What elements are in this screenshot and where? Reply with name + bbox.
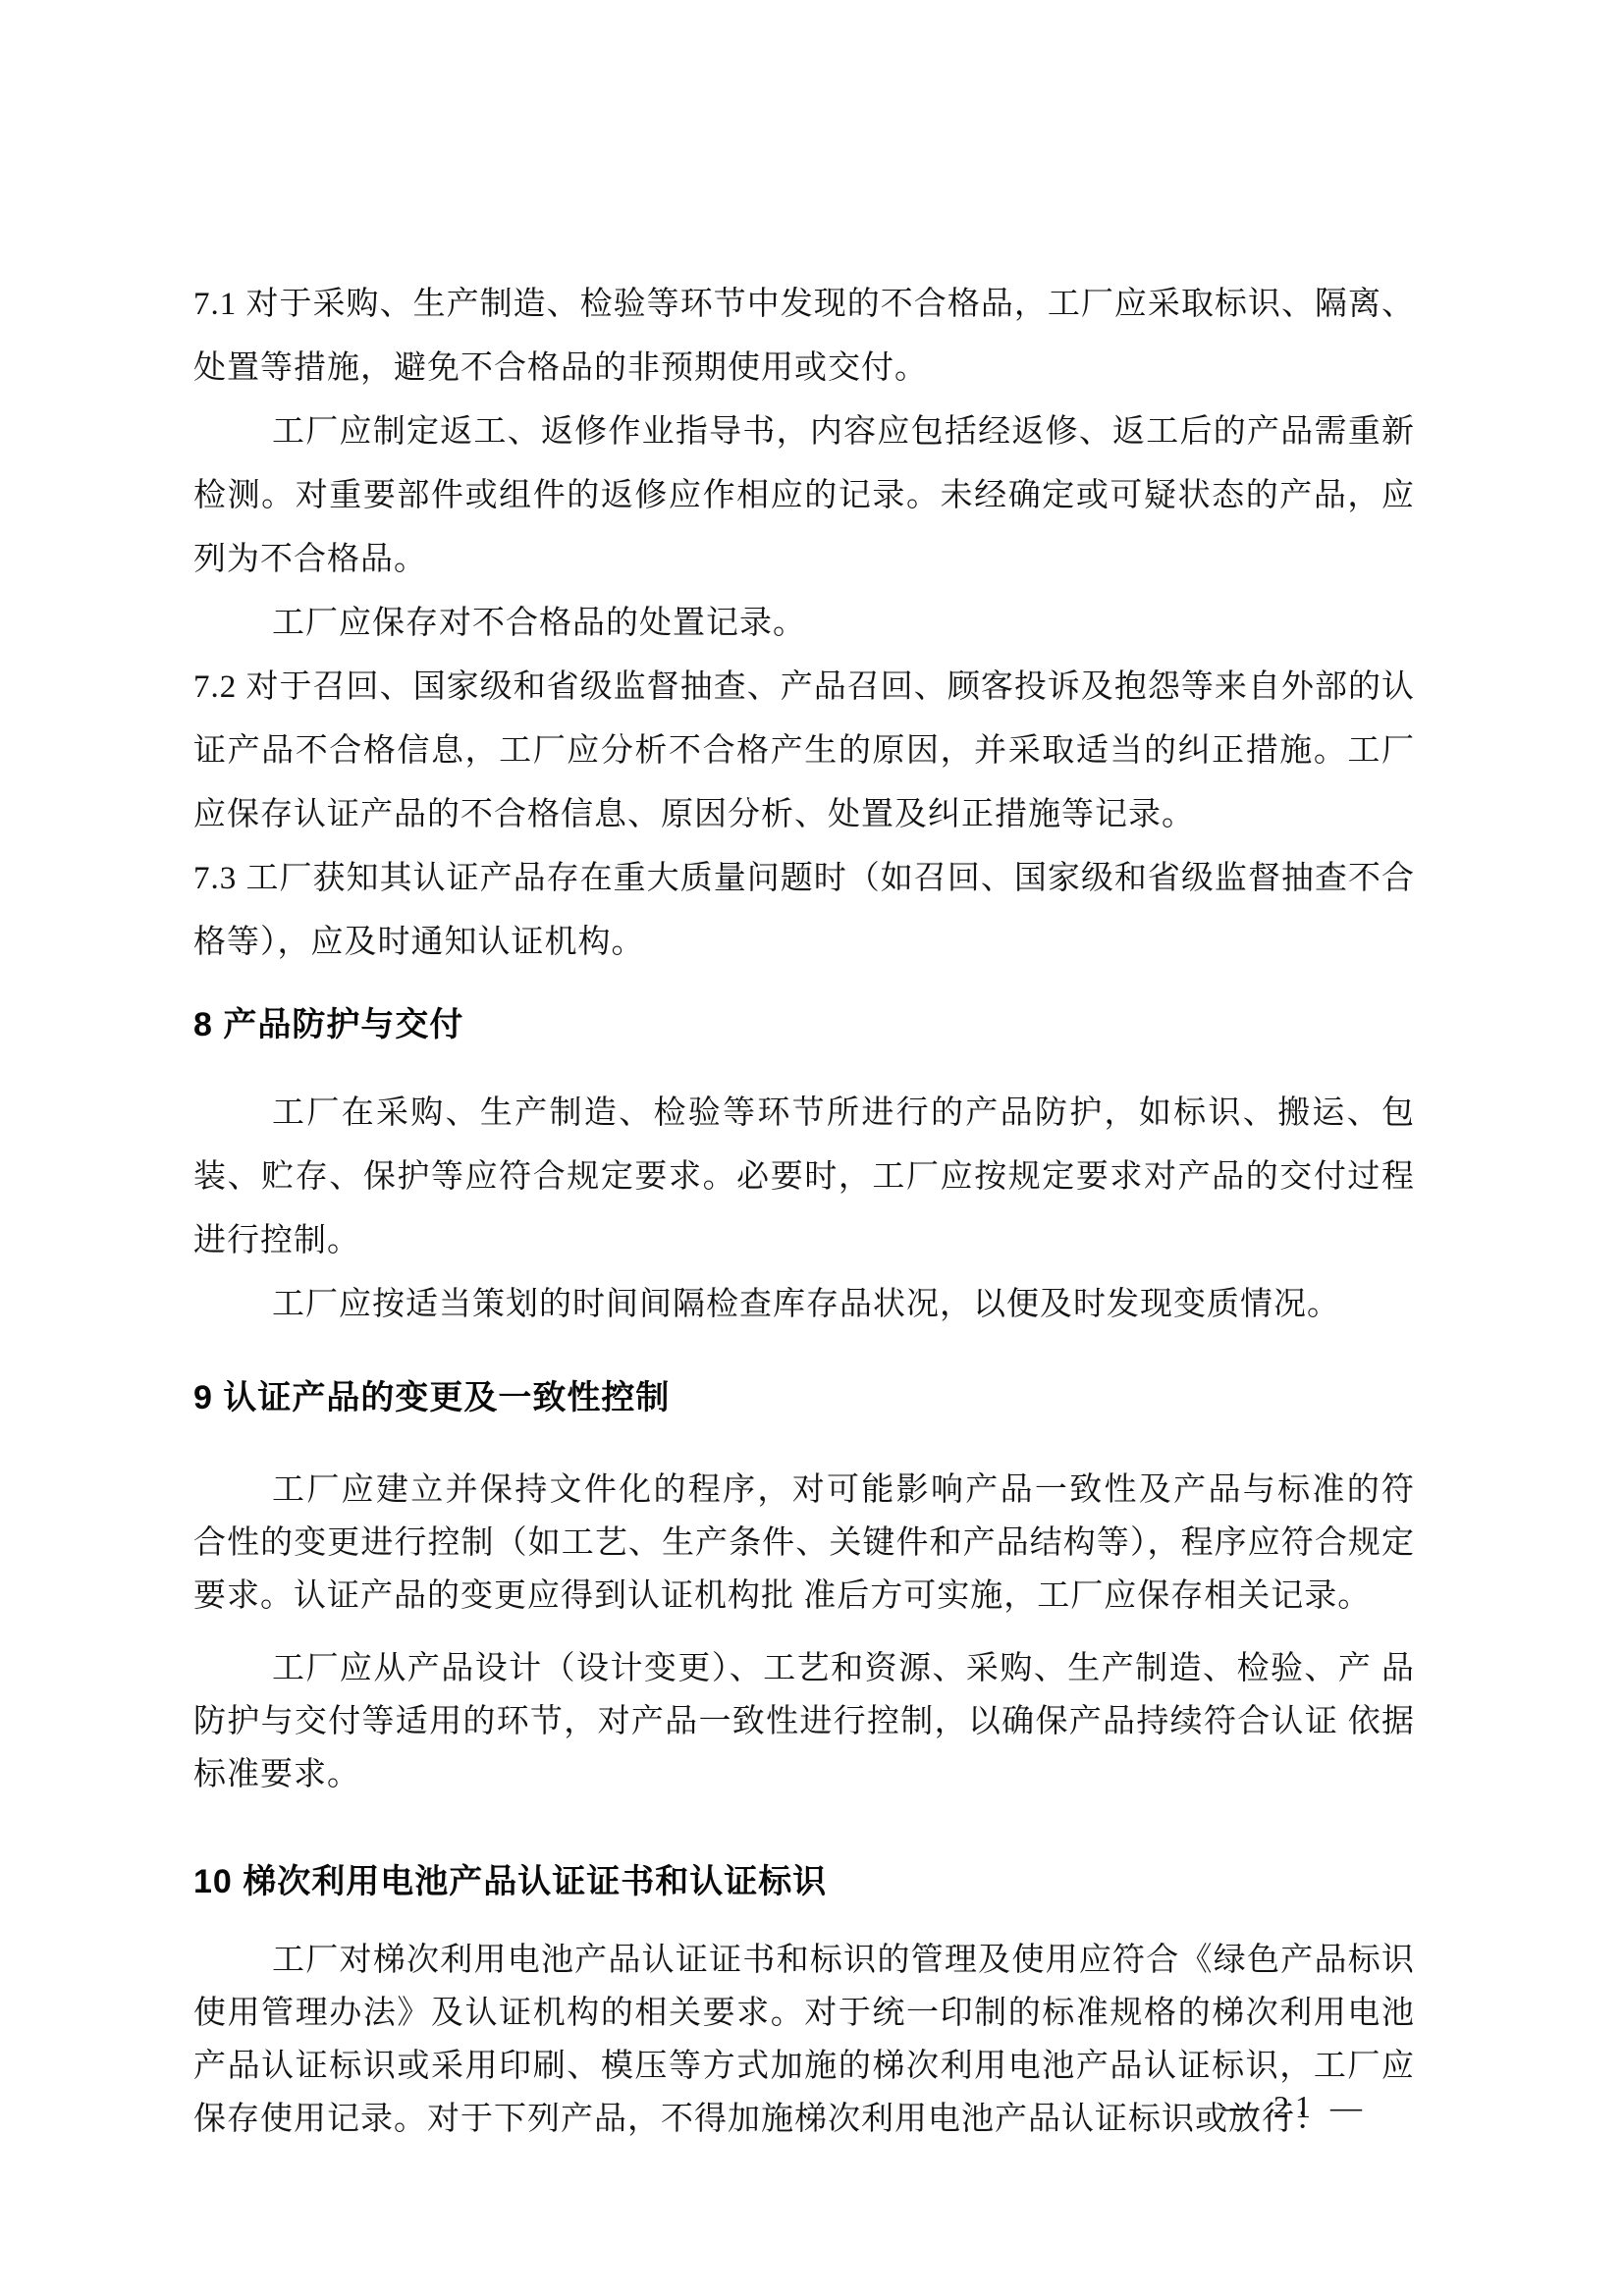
paragraph-rework: 工厂应制定返工、返修作业指导书，内容应包括经返修、返工后的产品需重新检测。对重要… (193, 400, 1415, 592)
clause-7-2: 7.2 对于召回、国家级和省级监督抽查、产品召回、顾客投诉及抱怨等来自外部的认证… (193, 656, 1415, 847)
page-content: 7.1 对于采购、生产制造、检验等环节中发现的不合格品，工厂应采取标识、隔离、处… (193, 273, 1415, 2146)
section-8-heading: 8 产品防护与交付 (193, 1000, 1415, 1049)
document-page: 7.1 对于采购、生产制造、检验等环节中发现的不合格品，工厂应采取标识、隔离、处… (0, 0, 1624, 2296)
paragraph-protection: 工厂在采购、生产制造、检验等环节所进行的产品防护，如标识、搬运、包装、贮存、保护… (193, 1082, 1415, 1273)
clause-7-1: 7.1 对于采购、生产制造、检验等环节中发现的不合格品，工厂应采取标识、隔离、处… (193, 273, 1415, 400)
paragraph-consistency: 工厂应从产品设计（设计变更）、工艺和资源、采购、生产制造、检验、产 品防护与交付… (193, 1642, 1415, 1801)
paragraph-inventory: 工厂应按适当策划的时间间隔检查库存品状况，以便及时发现变质情况。 (193, 1273, 1415, 1337)
page-number: — 21 — (1222, 2089, 1368, 2125)
section-10-heading: 10 梯次利用电池产品认证证书和认证标识 (193, 1857, 1415, 1906)
section-9-heading: 9 认证产品的变更及一致性控制 (193, 1373, 1415, 1422)
paragraph-records: 工厂应保存对不合格品的处置记录。 (193, 592, 1415, 656)
clause-7-3: 7.3 工厂获知其认证产品存在重大质量问题时（如召回、国家级和省级监督抽查不合格… (193, 847, 1415, 975)
paragraph-change-control: 工厂应建立并保持文件化的程序，对可能影响产品一致性及产品与标准的符 合性的变更进… (193, 1464, 1415, 1623)
